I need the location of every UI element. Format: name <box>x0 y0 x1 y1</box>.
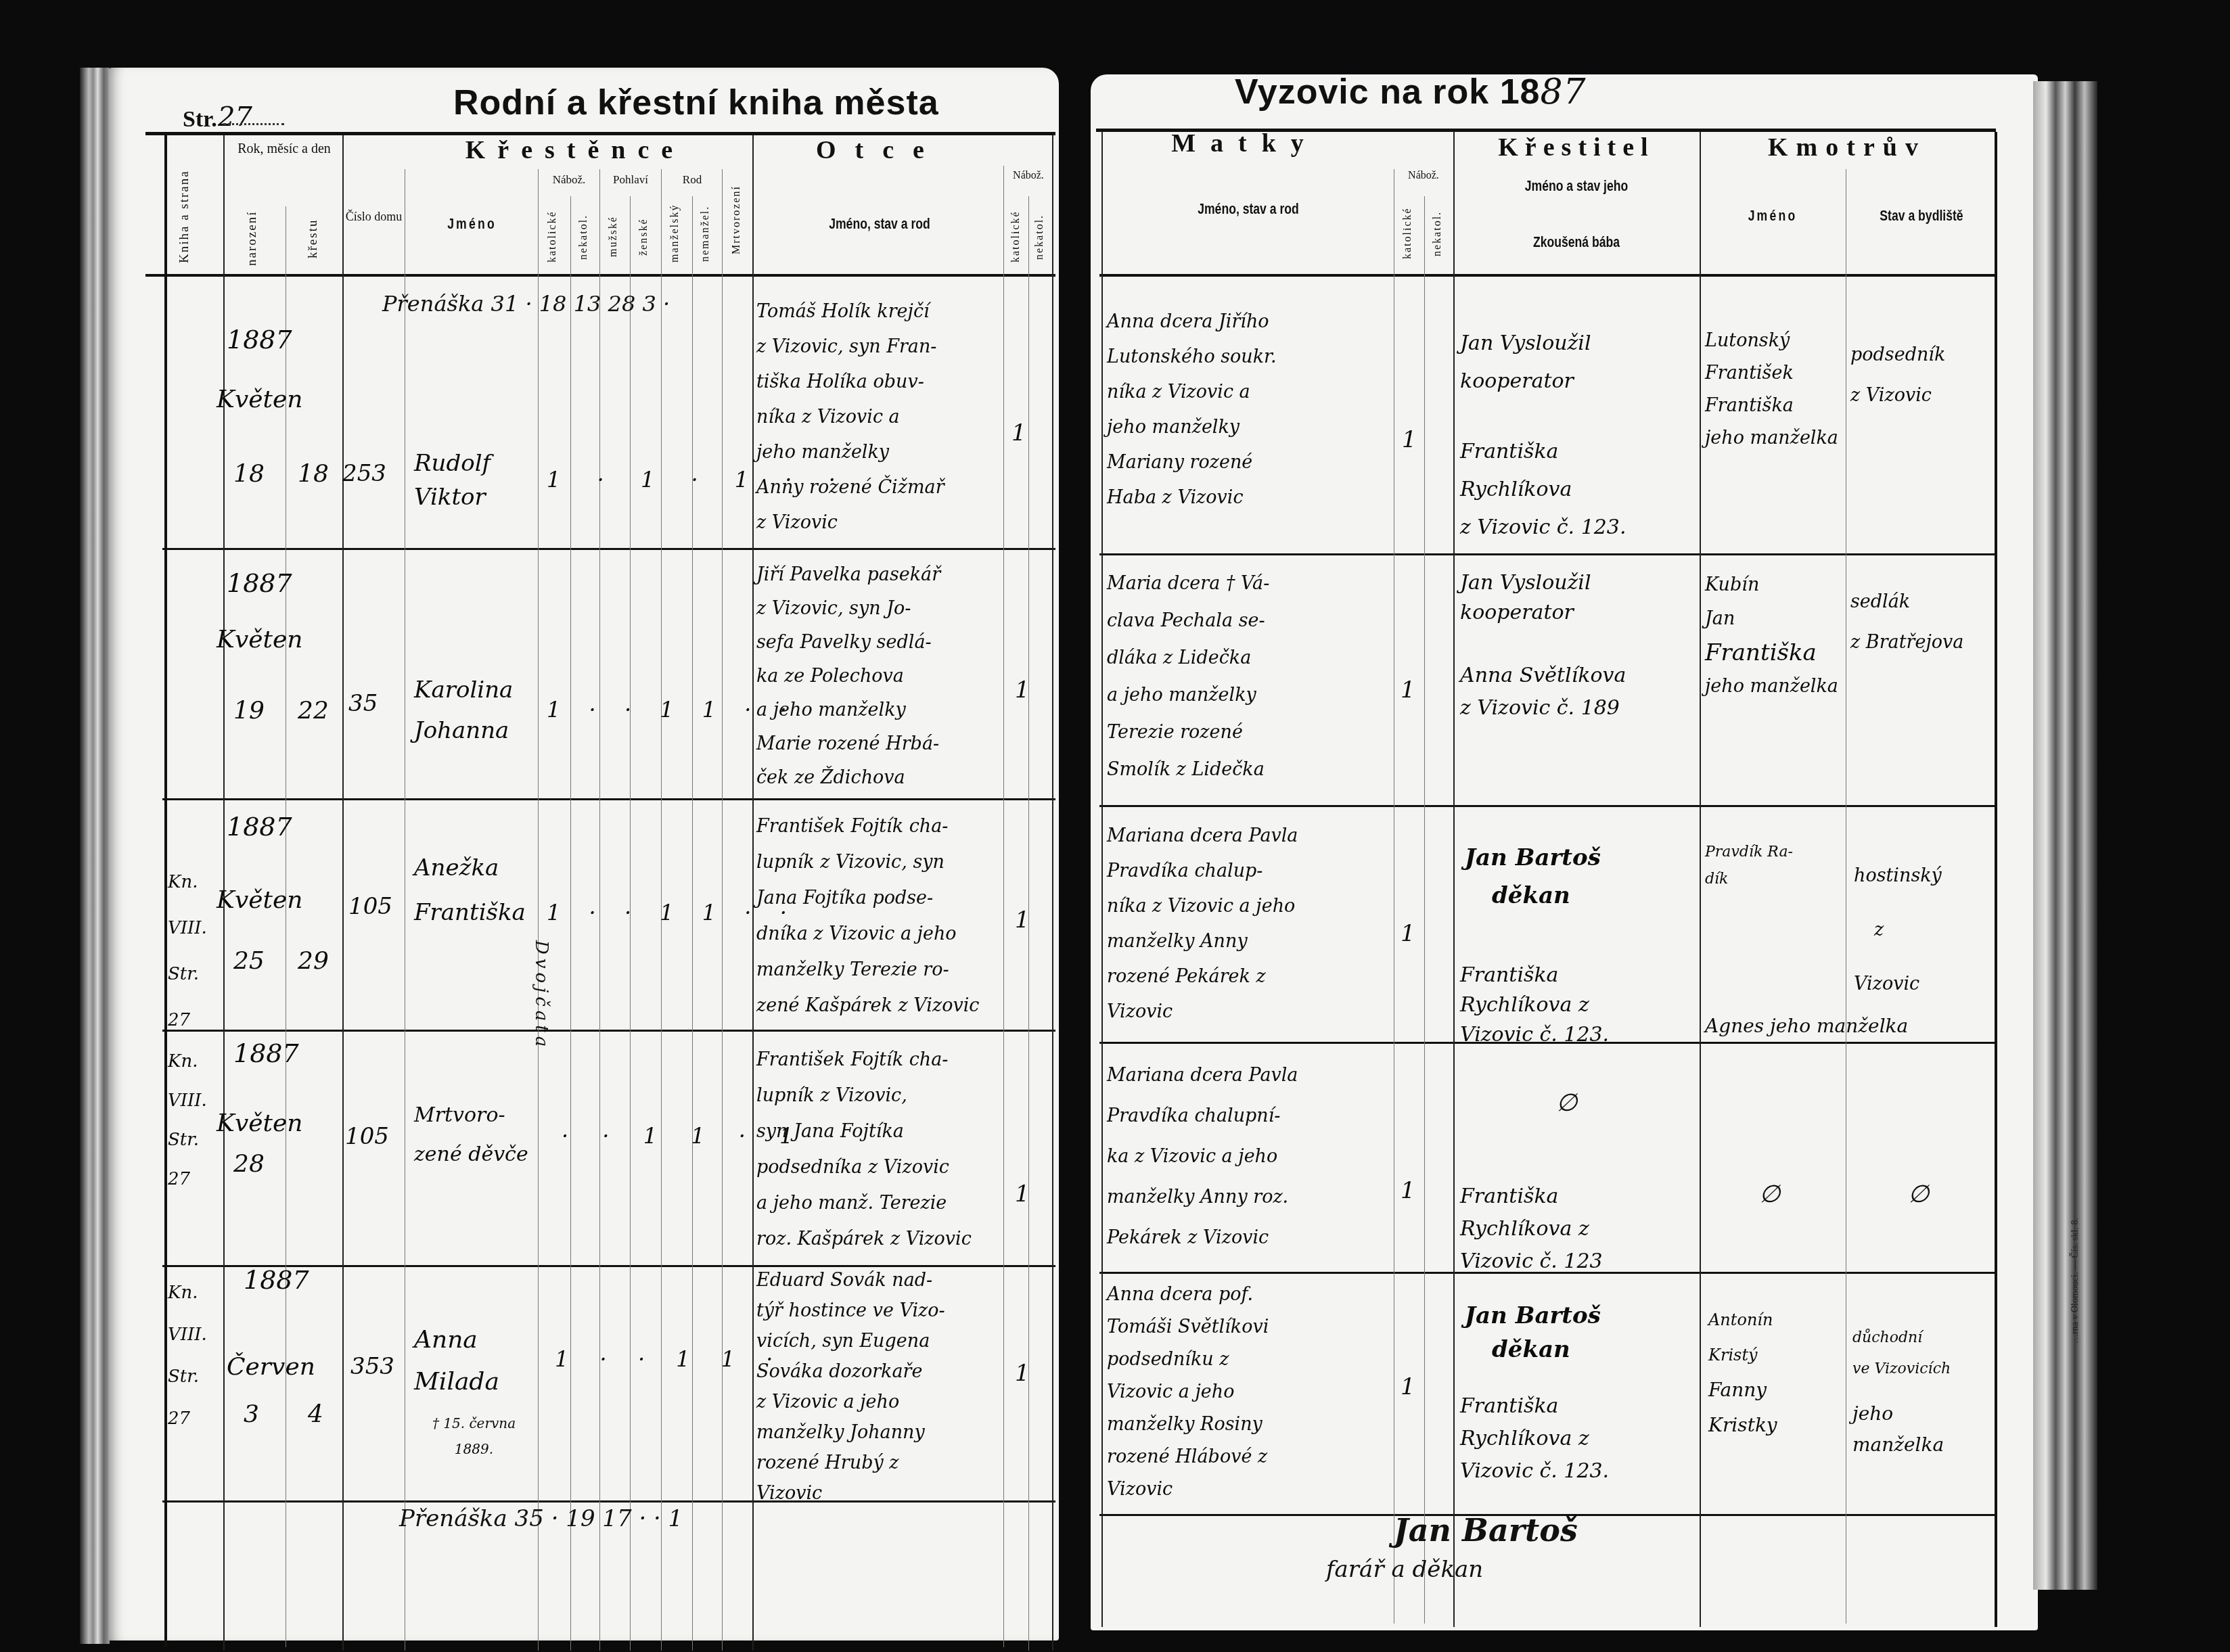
entry-godparent-status: podsedníkz Vizovic <box>1850 335 1945 416</box>
col-rule <box>1846 169 1846 1624</box>
col-header-kniha: Kniha a strana <box>177 162 192 271</box>
entry-month: Květen <box>217 886 303 914</box>
entry-godparent-names: LutonskýFrantišekFrantiškajeho manželka <box>1705 325 1838 455</box>
row-rule <box>162 798 1055 800</box>
col-header-jmeno: Jméno <box>419 215 525 233</box>
col-header-matky-sub: Jméno, stav a rod <box>1137 200 1359 218</box>
entry-child-name: Karolina Johanna <box>414 670 536 751</box>
col-rule <box>1052 135 1053 1651</box>
entry-godparent-wife: Agnes jeho manželka <box>1705 1015 1908 1037</box>
entry-house: 253 <box>342 460 386 487</box>
entry-child-name: Rudolf Viktor <box>414 446 536 514</box>
col-header-mrtvorozeni: Mrtvorození <box>731 169 743 271</box>
signature-title: farář a děkan <box>1326 1556 1483 1583</box>
col-header-otce: Otce <box>758 135 1001 165</box>
col-header-rok: Rok, měsíc a den <box>227 141 342 158</box>
entry-mother-katol: 1 <box>1401 1177 1415 1204</box>
entry-father-katol: 1 <box>1015 907 1030 934</box>
col-header-cislo-domu: Číslo domu <box>345 203 403 230</box>
entry-birth-day: 19 <box>233 697 265 725</box>
entry-year: 1887 <box>233 1038 299 1068</box>
row-rule <box>162 1030 1055 1032</box>
entry-godparent-names-none: ∅ <box>1759 1180 1780 1208</box>
entry-baptizer: Jan Bartošděkan <box>1465 839 1601 915</box>
col-rule <box>1424 196 1425 1624</box>
col-header-kmotru-stav: Stav a bydliště <box>1862 207 1981 225</box>
entry-baptism-day: 29 <box>298 947 329 975</box>
entry-baptizer: Jan Vysloužilkooperator <box>1460 325 1591 400</box>
carry-over-top: Přenáška 31 · 18 13 28 3 · <box>382 291 670 317</box>
entry-mother: Maria dcera † Vá-clava Pechala se-dláka … <box>1107 565 1269 788</box>
col-rule <box>1003 166 1004 1647</box>
entry-year: 1887 <box>244 1265 309 1295</box>
col-header-matky-naboz: Nábož. <box>1394 169 1453 183</box>
col-rule <box>342 135 344 1651</box>
col-rule <box>1394 169 1394 1624</box>
col-header-matky: Matky <box>1110 129 1380 158</box>
entry-kniha: Kn. VIII. Str. 27 <box>168 1042 222 1199</box>
col-header-krestitel: Křestitel <box>1455 133 1698 162</box>
col-header-krestu: křestu <box>306 206 321 271</box>
entry-godparent-names: Pravdík Ra-dík <box>1705 839 1793 893</box>
entry-midwife: FrantiškaRychlíkova zVizovic č. 123 <box>1460 1180 1603 1278</box>
entry-child-name: Anežka Františka <box>414 846 536 935</box>
entry-year: 1887 <box>227 325 292 354</box>
title-right-text: Vyzovic na rok 18 <box>1235 72 1541 112</box>
entry-father: Eduard Sovák nad-týř hostince ve Vizo-vi… <box>756 1265 945 1509</box>
entry-baptism-day: 4 <box>308 1400 323 1428</box>
entry-mother: Anna dcera pof.Tomáši Světlíkovipodsední… <box>1107 1279 1269 1506</box>
entry-marks: 1 · · 1 1 · <box>555 1346 785 1372</box>
page-number: 27 <box>218 101 252 133</box>
year-suffix: 87 <box>1541 72 1587 112</box>
carry-over-label: Přenáška <box>382 291 484 317</box>
entry-house: 35 <box>348 690 378 717</box>
col-header-matky-katolicke: katolické <box>1402 200 1414 267</box>
row-rule <box>1099 805 1996 807</box>
entry-child-name: Mrtvoro-zené děvče <box>414 1096 536 1174</box>
entry-death-note: † 15. června 1889. <box>411 1410 537 1462</box>
entry-midwife: FrantiškaRychlíkova zVizovic č. 123. <box>1460 961 1609 1050</box>
row-rule <box>1099 553 1996 555</box>
col-header-nekatol: nekatol. <box>578 203 590 271</box>
entry-mother-katol: 1 <box>1401 1373 1415 1400</box>
page-title-right: Vyzovic na rok 1887 <box>1235 72 1587 112</box>
entry-baptism-day: 18 <box>298 460 329 488</box>
carry-over-values: 35 · 19 17 · · 1 <box>515 1505 683 1532</box>
entry-godparent-status-none: ∅ <box>1908 1180 1929 1208</box>
col-rule <box>1453 132 1455 1627</box>
col-header-rod: Rod <box>662 173 722 187</box>
col-rule <box>405 169 405 1651</box>
entry-house: 353 <box>350 1353 394 1380</box>
entry-father: František Fojtík cha-lupník z Vizovic, s… <box>756 808 979 1024</box>
entry-house: 105 <box>345 1123 389 1150</box>
book-binding-edge <box>80 68 110 1644</box>
entry-father: Jiří Pavelka pasekářz Vizovic, syn Jo-se… <box>756 558 940 795</box>
page-number-dots <box>223 123 284 125</box>
header-bottom-rule-left <box>145 274 1055 277</box>
entry-godparent-names: KubínJanFrantiškajeho manželka <box>1705 568 1838 704</box>
book-gutter <box>1059 61 1091 1647</box>
entry-baptizer-none: ∅ <box>1556 1089 1577 1117</box>
entry-month: Červen <box>227 1353 315 1381</box>
entry-midwife: FrantiškaRychlíkova zVizovic č. 123. <box>1460 1390 1609 1488</box>
entry-godparent-names: AntonínKristýFannyKristky <box>1708 1302 1777 1443</box>
col-header-krestitel-sub1: Jméno a stav jeho <box>1479 177 1674 195</box>
entry-birth-day: 18 <box>233 460 265 488</box>
entry-month: Květen <box>217 626 303 653</box>
entry-baptism-day: 22 <box>298 697 329 725</box>
col-header-kmotru-jmeno: Jméno <box>1716 207 1829 225</box>
col-header-otce-sub: Jméno, stav a rod <box>782 215 977 233</box>
entry-midwife: FrantiškaRychlíkovaz Vizovic č. 123. <box>1460 433 1626 547</box>
col-rule <box>1700 132 1701 1627</box>
col-header-narozeni: narození <box>245 206 260 271</box>
entry-baptizer: Jan Vysloužilkooperator <box>1460 568 1591 628</box>
col-rule <box>1995 132 1997 1627</box>
entry-mother: Mariana dcera PavlaPravdíka chalup-níka … <box>1107 819 1298 1030</box>
entry-mother-katol: 1 <box>1401 676 1415 704</box>
entry-godparent-status: hostinskýzVizovic <box>1854 849 1942 1011</box>
entry-midwife: Anna Světlíkovaz Vizovic č. 189 <box>1460 660 1626 725</box>
entry-month: Květen <box>217 1109 303 1137</box>
entry-godparent-status: sedlákz Bratřejova <box>1850 582 1963 663</box>
entry-father-katol: 1 <box>1011 419 1026 446</box>
entry-year: 1887 <box>227 812 292 842</box>
entry-mother-katol: 1 <box>1401 920 1415 947</box>
col-rule <box>538 169 539 1651</box>
entry-kniha: Kn. VIII. Str. 27 <box>168 859 222 1043</box>
printer-imprint: …rna v Olomouci. — Čís. skl. 8. <box>2070 1218 2081 1344</box>
col-rule <box>1101 132 1103 1627</box>
entry-month: Květen <box>217 386 303 413</box>
entry-mother: Anna dcera JiříhoLutonského soukr.níka z… <box>1107 304 1277 515</box>
entry-birth-day: 3 <box>244 1400 259 1428</box>
col-header-katolicke: katolické <box>547 203 559 271</box>
col-header-naboz: Nábož. <box>539 173 599 187</box>
col-header-otce-nekatol: nekatol. <box>1034 203 1046 271</box>
entry-year: 1887 <box>227 568 292 598</box>
col-header-krestence: Křestěnce <box>406 135 744 165</box>
entry-father-katol: 1 <box>1015 1360 1030 1387</box>
entry-house: 105 <box>348 893 392 920</box>
row-rule <box>162 548 1055 550</box>
entry-birth-day: 25 <box>233 947 265 975</box>
col-header-matky-nekatol: nekatol. <box>1432 200 1444 267</box>
page-title-left: Rodní a křestní kniha města <box>453 83 939 123</box>
col-header-krestitel-sub2: Zkoušená bába <box>1479 233 1674 251</box>
col-rule <box>752 135 754 1651</box>
signature-name: Jan Bartoš <box>1394 1512 1578 1548</box>
entry-father: Tomáš Holík krejčíz Vizovic, syn Fran-ti… <box>756 294 945 541</box>
entry-father-katol: 1 <box>1015 1180 1030 1208</box>
entry-baptizer: Jan Bartošděkan <box>1465 1299 1601 1367</box>
col-header-kmotru: Kmotrův <box>1702 133 1993 162</box>
carry-over-values: 31 · 18 13 28 3 · <box>491 291 670 317</box>
entry-mother: Mariana dcera PavlaPravdíka chalupní-ka … <box>1107 1055 1298 1258</box>
col-header-zenske: ženské <box>638 203 650 271</box>
col-header-nemanzel: nemanžel. <box>700 196 712 271</box>
page-edges <box>2033 81 2097 1590</box>
carry-over-label: Přenáška <box>399 1505 507 1532</box>
carry-over-bottom: Přenáška 35 · 19 17 · · 1 <box>399 1505 683 1532</box>
col-header-otce-katolicke: katolické <box>1010 203 1022 271</box>
col-header-muzske: mužské <box>608 203 620 271</box>
entry-godparent-status: důchodníve Vizovicíchjehomanželka <box>1852 1323 1951 1461</box>
entry-birth-day: 28 <box>233 1150 265 1178</box>
entry-kniha: Kn. VIII. Str. 27 <box>168 1272 222 1440</box>
col-rule <box>286 206 286 1647</box>
entry-father-katol: 1 <box>1015 676 1030 704</box>
header-bottom-rule-right <box>1099 274 1996 277</box>
col-header-otce-naboz: Nábož. <box>1005 169 1052 183</box>
twins-note: Dvojčata <box>531 940 551 1051</box>
entry-father: František Fojtík cha-lupník z Vizovic,sy… <box>756 1042 972 1257</box>
page-label: Str. <box>183 107 217 133</box>
col-header-pohlavi: Pohlaví <box>601 173 660 187</box>
entry-child-name: Anna Milada <box>414 1319 536 1403</box>
entry-mother-katol: 1 <box>1402 426 1417 453</box>
col-header-manzelsky: manželský <box>669 196 681 271</box>
col-rule <box>164 132 167 1647</box>
